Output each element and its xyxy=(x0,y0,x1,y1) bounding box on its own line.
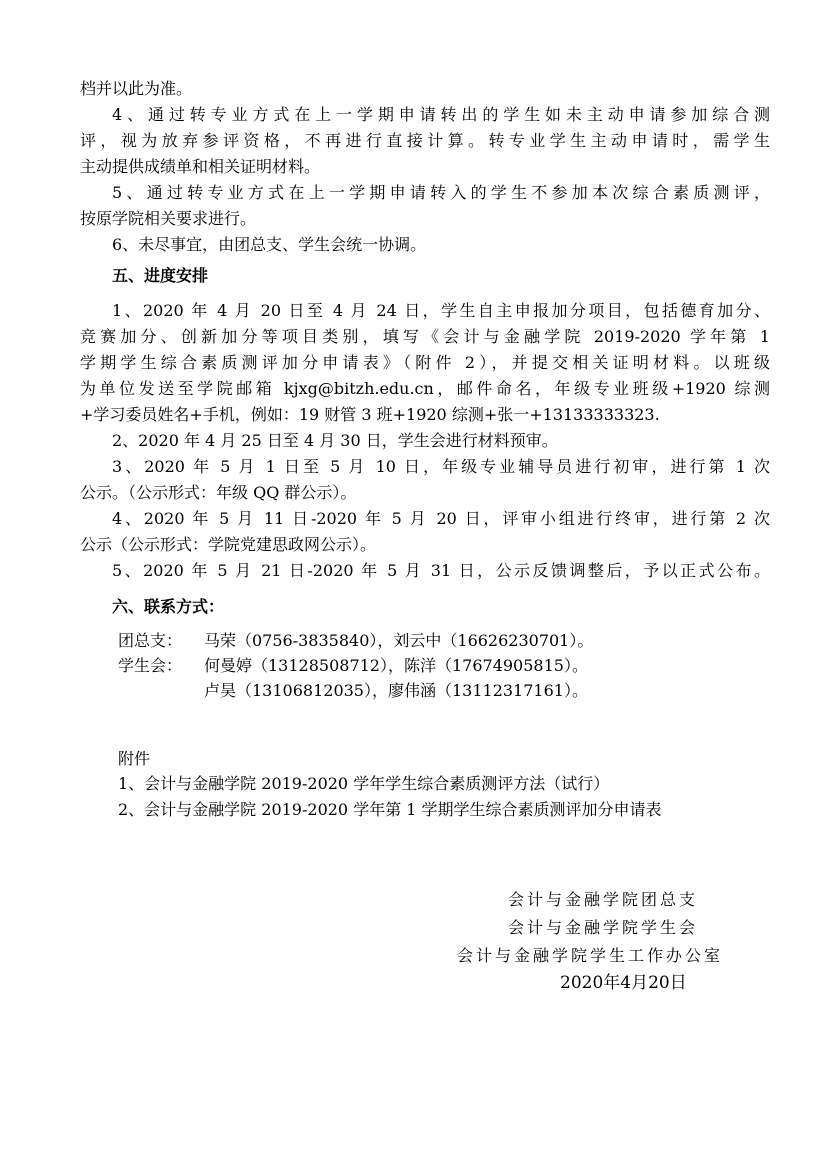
signature-org-student-union: 会计与金融学院学生会 xyxy=(508,917,698,939)
paragraph-line: 档并以此为准。 xyxy=(80,78,192,100)
rule-item-4-line2: 评，视为放弃参评资格，不再进行直接计算。转专业学生主动申请时，需学生 xyxy=(80,130,770,152)
signature-org-student-affairs-office: 会计与金融学院学生工作办公室 xyxy=(457,945,723,967)
rule-item-6-line1: 6、未尽事宜，由团总支、学生会统一协调。 xyxy=(112,234,426,256)
signature-date: 2020年4月20日 xyxy=(560,972,687,994)
schedule-item-4-line2: 公示（公示形式：学院党建思政网公示）。 xyxy=(80,534,376,556)
schedule-item-1-line5: +学习委员姓名+手机，例如：19 财管 3 班+1920 综测+张一+13133… xyxy=(80,404,660,426)
schedule-item-4-line1: 4、2020 年 5 月 11 日-2020 年 5 月 20 日，评审小组进行… xyxy=(112,508,770,530)
rule-item-5-line1: 5、通过转专业方式在上一学期申请转入的学生不参加本次综合素质测评， xyxy=(112,182,770,204)
contact-value-student-union-1: 何曼婷（13128508712），陈洋（17674905815）。 xyxy=(204,655,588,677)
schedule-item-5-line1: 5、2020 年 5 月 21 日-2020 年 5 月 31 日，公示反馈调整… xyxy=(112,560,770,582)
contact-value-student-union-2: 卢昊（13106812035），廖伟涵（13112317161）。 xyxy=(204,680,588,702)
schedule-item-2-line1: 2、2020 年 4 月 25 日至 4 月 30 日，学生会进行材料预审。 xyxy=(112,430,558,452)
schedule-item-3-line2: 公示。（公示形式：年级 QQ 群公示）。 xyxy=(80,482,356,504)
attachment-item-1: 1、会计与金融学院 2019-2020 学年学生综合素质测评方法（试行） xyxy=(118,773,609,795)
rule-item-4-line1: 4、通过转专业方式在上一学期申请转出的学生如未主动申请参加综合测 xyxy=(112,104,770,126)
rule-item-5-line2: 按原学院相关要求进行。 xyxy=(80,208,256,230)
section-heading-schedule: 五、进度安排 xyxy=(112,265,208,287)
schedule-item-3-line1: 3、2020 年 5 月 1 日至 5 月 10 日，年级专业辅导员进行初审，进… xyxy=(112,456,770,478)
contact-value-league-branch: 马荣（0756-3835840），刘云中（16626230701）。 xyxy=(204,630,593,652)
schedule-item-1-line1: 1、2020 年 4 月 20 日至 4 月 24 日，学生自主申报加分项目，包… xyxy=(112,300,770,322)
schedule-item-1-line3: 学期学生综合素质测评加分申请表》（附件 2），并提交相关证明材料。以班级 xyxy=(80,352,770,374)
section-heading-contact: 六、联系方式： xyxy=(112,596,224,618)
schedule-item-1-line2: 竞赛加分、创新加分等项目类别，填写《会计与金融学院 2019-2020 学年第 … xyxy=(80,326,770,348)
attachment-item-2: 2、会计与金融学院 2019-2020 学年第 1 学期学生综合素质测评加分申请… xyxy=(118,799,662,821)
attachments-heading: 附件 xyxy=(118,748,150,770)
rule-item-4-line3: 主动提供成绩单和相关证明材料。 xyxy=(80,156,320,178)
contact-label-student-union: 学生会： xyxy=(118,655,182,677)
signature-org-league-branch: 会计与金融学院团总支 xyxy=(508,889,698,911)
schedule-item-1-line4: 为单位发送至学院邮箱 kjxg@bitzh.edu.cn，邮件命名，年级专业班级… xyxy=(80,378,770,400)
contact-label-league-branch: 团总支： xyxy=(118,630,182,652)
